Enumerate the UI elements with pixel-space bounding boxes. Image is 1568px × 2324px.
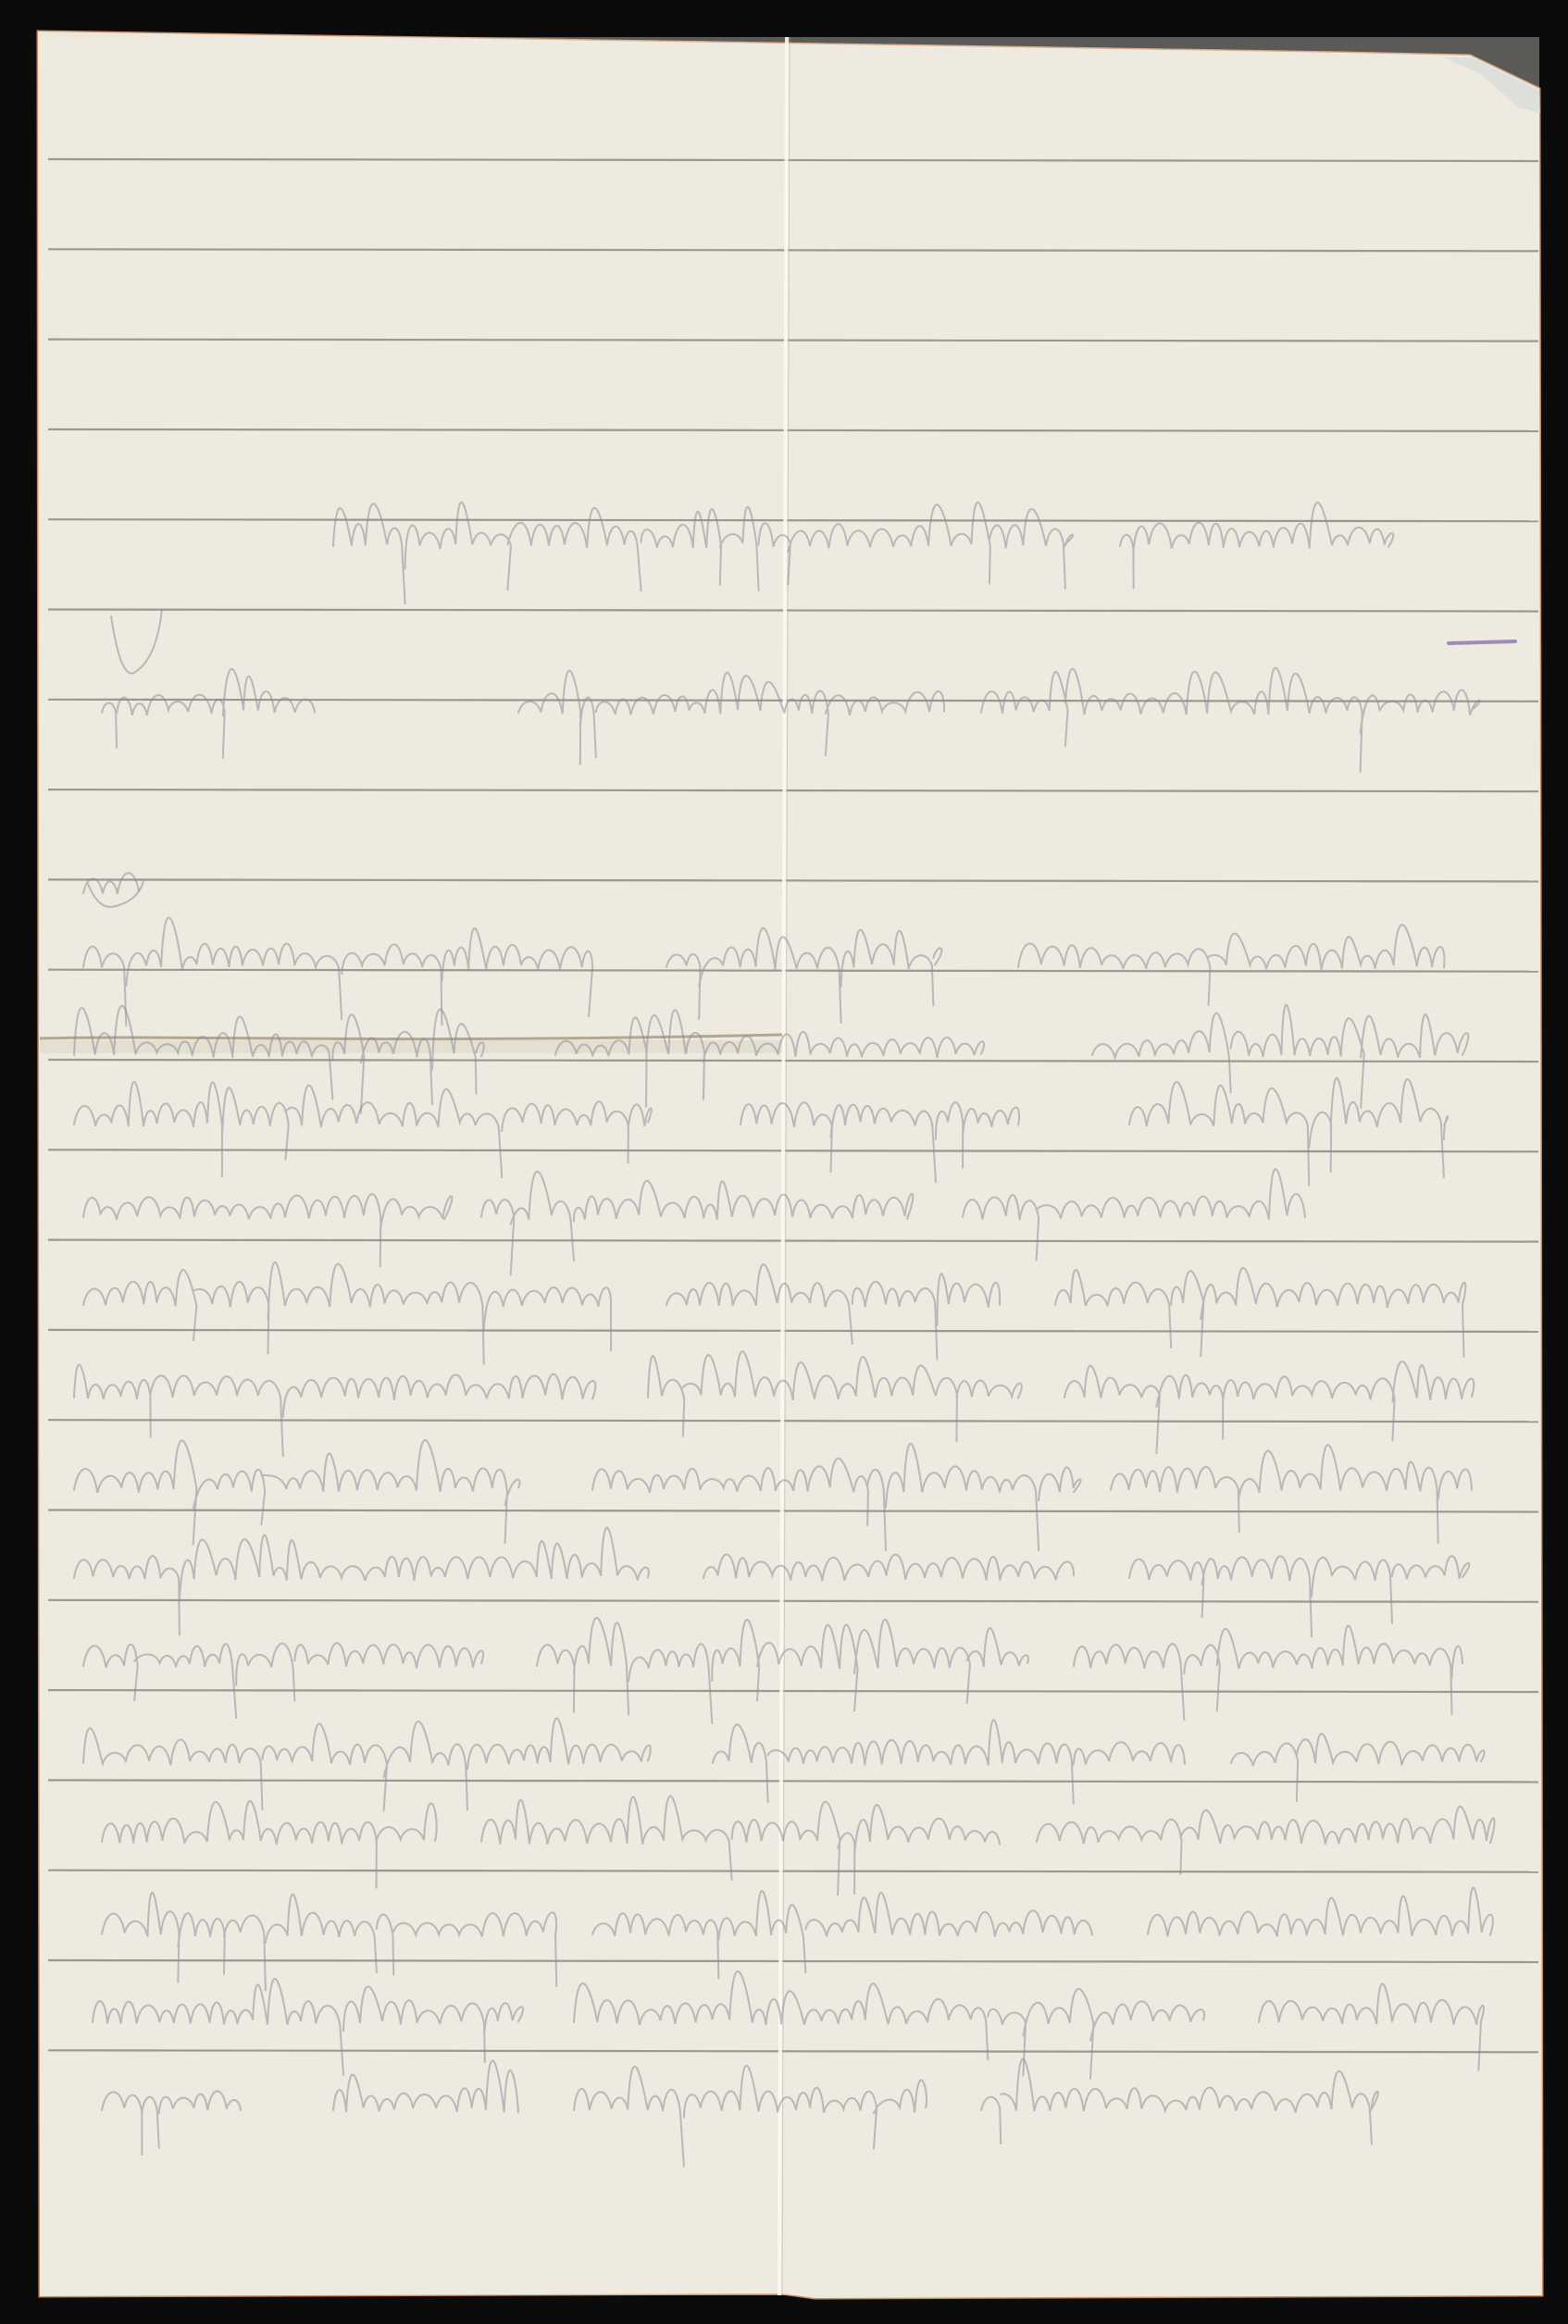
horizontal-fold-shade: [40, 1040, 782, 1053]
purple-pencil-mark: [1449, 641, 1515, 643]
annotation-marks: [1449, 641, 1515, 643]
letter-scan: [0, 0, 1568, 2324]
